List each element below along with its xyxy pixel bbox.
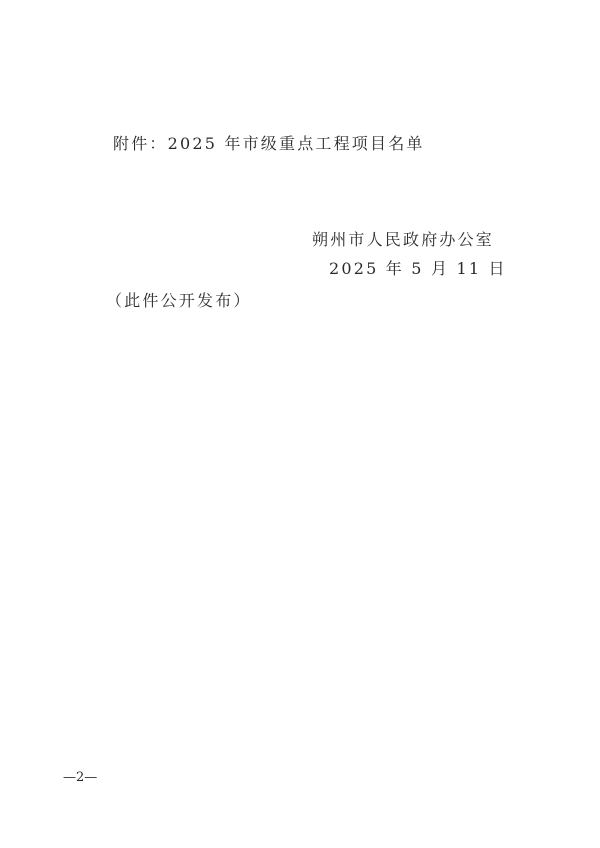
page-number: —2—: [63, 770, 97, 785]
attachment-line: 附件：2025 年市级重点工程项目名单: [113, 131, 425, 154]
issue-date: 2025 年 5 月 11 日: [329, 256, 507, 279]
publication-note: （此件公开发布）: [106, 288, 252, 311]
issuer-name: 朔州市人民政府办公室: [312, 227, 494, 250]
